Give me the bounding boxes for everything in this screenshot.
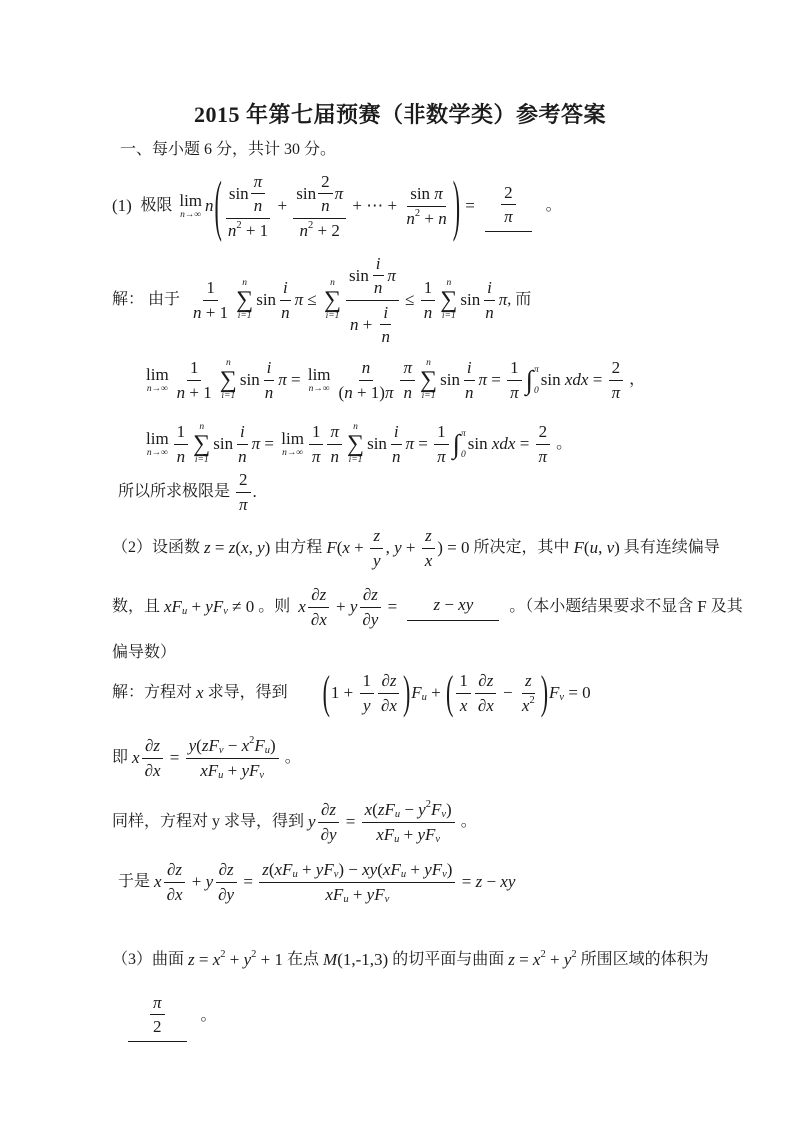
- superscript: 2: [308, 219, 313, 232]
- numerator: π: [400, 357, 415, 380]
- text: 由方程: [270, 538, 326, 557]
- math-variable: x: [460, 695, 468, 716]
- denominator: ∂x: [164, 883, 186, 905]
- summation: n∑i=1: [347, 422, 364, 466]
- math-text: sin: [240, 370, 260, 390]
- math-text: sin: [367, 434, 387, 454]
- math-fraction: 2n: [318, 171, 333, 217]
- lim-text: lim: [146, 430, 169, 448]
- math-variable: π: [252, 434, 261, 454]
- q1-limit-equation-2: limn→∞1nn∑i=1sininπ = limn→∞1ππnn∑i=1sin…: [143, 413, 572, 475]
- summation: n∑i=1: [324, 278, 341, 322]
- denominator: n: [371, 276, 386, 298]
- text: 。: [538, 196, 562, 215]
- math-variable: y: [418, 799, 426, 820]
- math-fraction: 1x: [456, 670, 471, 716]
- denominator: ∂x: [475, 694, 497, 716]
- math-text: +: [358, 314, 376, 335]
- math-variable: F: [411, 683, 421, 703]
- numerator: ∂z: [378, 670, 399, 693]
- math-variable: yF: [241, 760, 259, 781]
- math-variable: yF: [417, 824, 435, 845]
- math-variable: n: [382, 326, 391, 347]
- math-variable: π: [504, 206, 513, 227]
- text: 。则: [254, 597, 298, 616]
- math-variable: i: [240, 421, 245, 442]
- math-variable: x: [132, 748, 140, 768]
- summation: n∑i=1: [193, 422, 210, 466]
- math-variable: π: [153, 992, 162, 1013]
- math-variable: xdx: [565, 370, 589, 390]
- paren-left: (: [446, 670, 453, 716]
- math-variable: ∂x: [167, 884, 183, 905]
- limit-operator: limn→∞: [179, 192, 202, 220]
- denominator: n: [482, 301, 497, 323]
- denominator: n: [379, 325, 394, 347]
- math-text: sin: [296, 183, 316, 204]
- subscript: u: [265, 744, 270, 757]
- math-variable: ∂z: [167, 859, 182, 880]
- math-variable: ∂x: [381, 695, 397, 716]
- math-variable: n: [424, 302, 433, 323]
- subscript: u: [395, 808, 400, 821]
- sigma-symbol: ∑: [220, 369, 237, 392]
- math-text: + 1: [242, 220, 269, 241]
- math-variable: x: [533, 950, 541, 970]
- math-variable: x: [425, 550, 433, 571]
- math-fraction: in: [278, 277, 293, 323]
- math-fraction: 1π: [507, 357, 522, 403]
- denominator: n + 1: [174, 381, 215, 403]
- math-text: −: [499, 683, 517, 703]
- sum-lower-limit: i=1: [349, 455, 363, 465]
- math-text: sin: [460, 290, 480, 310]
- denominator: ∂x: [308, 608, 330, 630]
- math-variable: y: [257, 538, 265, 558]
- math-text: 1: [459, 670, 468, 691]
- math-variable: xF: [325, 884, 343, 905]
- sigma-symbol: ∑: [324, 289, 341, 312]
- math-text: +: [546, 950, 564, 970]
- denominator: x: [457, 694, 471, 716]
- numerator: ∂z: [164, 859, 185, 882]
- math-variable: ∂x: [311, 609, 327, 630]
- numerator: 1: [309, 421, 324, 444]
- math-variable: x: [298, 597, 306, 617]
- math-text: +: [350, 538, 368, 558]
- numerator: z: [422, 525, 435, 548]
- math-fraction: 1n: [421, 277, 436, 323]
- denominator: n2 + 1: [225, 219, 271, 241]
- math-text: ,: [598, 538, 607, 558]
- answer-blank: 2π: [485, 180, 532, 233]
- integral-limits: π0: [461, 428, 466, 461]
- numerator: 1: [507, 357, 522, 380]
- math-variable: n: [177, 382, 186, 403]
- sigma-symbol: ∑: [440, 289, 457, 312]
- subscript: v: [259, 769, 264, 782]
- math-variable: n: [254, 195, 263, 216]
- math-text: + 1): [353, 382, 385, 403]
- text: ，: [625, 370, 645, 389]
- math-text: ,: [386, 538, 395, 558]
- math-text: =: [383, 597, 401, 617]
- math-text: + 1: [202, 302, 229, 323]
- text: 具有连续偏导: [620, 538, 720, 557]
- text: 求导，得到: [204, 683, 288, 702]
- superscript: 2: [415, 207, 420, 220]
- math-fraction: sinπnn2 + 1: [225, 171, 271, 241]
- numerator: sin π: [407, 183, 446, 206]
- math-fraction: πn: [251, 171, 266, 217]
- math-text: 1: [437, 421, 446, 442]
- math-text: F: [697, 597, 706, 617]
- math-variable: z: [229, 538, 236, 558]
- math-variable: z: [262, 859, 269, 880]
- math-fraction: 1n + 1: [174, 357, 215, 403]
- lim-subscript: n→∞: [147, 384, 168, 394]
- denominator: ∂x: [378, 694, 400, 716]
- math-variable: n: [438, 208, 447, 229]
- math-variable: F: [326, 538, 336, 558]
- math-fraction: z(xFu + yFv) − xy(xFu + yFv)xFu + yFv: [259, 859, 455, 905]
- math-variable: F: [254, 735, 264, 756]
- math-variable: i: [394, 421, 399, 442]
- math-text: ≠ 0: [228, 597, 254, 617]
- sum-lower-limit: i=1: [221, 391, 235, 401]
- math-variable: u: [590, 538, 599, 558]
- summation: n∑i=1: [420, 358, 437, 402]
- lim-text: lim: [179, 192, 202, 210]
- math-variable: x: [154, 872, 162, 892]
- math-variable: n: [205, 196, 214, 216]
- math-variable: ∂z: [381, 670, 396, 691]
- sigma-symbol: ∑: [236, 289, 253, 312]
- math-text: +: [298, 859, 316, 880]
- math-fraction: 2π: [501, 182, 516, 228]
- math-text: sin: [349, 265, 369, 286]
- math-text: 1 +: [331, 683, 358, 703]
- math-variable: yF: [316, 859, 334, 880]
- limit-operator: limn→∞: [146, 366, 169, 394]
- math-text: 1: [424, 277, 433, 298]
- math-variable: z: [188, 950, 195, 970]
- math-variable: zF: [378, 799, 395, 820]
- math-text: 2: [321, 171, 330, 192]
- numerator: 1: [456, 670, 471, 693]
- numerator: ∂z: [360, 584, 381, 607]
- q3-answer: π2 。: [122, 986, 217, 1046]
- math-text: −: [224, 735, 242, 756]
- numerator: 1: [174, 421, 189, 444]
- denominator: n: [278, 301, 293, 323]
- math-text: ): [446, 799, 452, 820]
- spacer: [167, 1014, 183, 1015]
- text: 同样，方程对 y 求导，得到: [112, 812, 308, 831]
- math-fraction: 1y: [360, 670, 375, 716]
- numerator: z: [522, 670, 535, 693]
- document-page: 2015 年第七届预赛（非数学类）参考答案 一、每小题 6 分，共计 30 分。…: [0, 0, 800, 1131]
- math-variable: i: [487, 277, 492, 298]
- math-variable: n: [193, 302, 202, 323]
- math-fraction: ∂z∂y: [318, 799, 340, 845]
- q2-problem-statement-2: 数，且 xFu + yFv ≠ 0 。则 x∂z∂x + y∂z∂y = z −…: [112, 578, 743, 636]
- denominator: y: [360, 694, 374, 716]
- math-variable: π: [387, 265, 396, 286]
- math-variable: xF: [376, 824, 394, 845]
- numerator: 1: [434, 421, 449, 444]
- math-variable: ∂z: [311, 584, 326, 605]
- subscript: v: [334, 868, 339, 881]
- math-text: +: [188, 872, 206, 892]
- numerator: i: [380, 302, 391, 325]
- numerator: n: [359, 357, 374, 380]
- lim-subscript: n→∞: [147, 448, 168, 458]
- math-variable: π: [295, 290, 304, 310]
- math-variable: x: [196, 683, 204, 703]
- subscript: u: [343, 893, 348, 906]
- math-text: + 1: [185, 382, 212, 403]
- text: 。: [193, 1006, 217, 1025]
- text: 及其: [707, 597, 743, 616]
- integral-limits: π0: [534, 364, 539, 397]
- math-variable: n: [330, 446, 339, 467]
- math-variable: zF: [202, 735, 219, 756]
- math-variable: π: [510, 382, 519, 403]
- q2-solution-step-1: 即 x∂z∂x = y(zFv − x2Fu)xFu + yFv 。: [112, 726, 301, 790]
- math-variable: i: [383, 302, 388, 323]
- math-variable: F: [431, 799, 441, 820]
- spacer: [288, 693, 322, 694]
- text: 于是: [118, 872, 154, 891]
- numerator: y(zFv − x2Fu): [186, 735, 279, 758]
- numerator: 2: [501, 182, 516, 205]
- text: 所围区域的体积为: [577, 950, 709, 969]
- math-variable: yF: [424, 859, 442, 880]
- math-variable: ∂x: [478, 695, 494, 716]
- math-variable: n: [177, 446, 186, 467]
- numerator: i: [464, 357, 475, 380]
- paren-left: (: [323, 670, 330, 716]
- math-variable: x: [213, 950, 221, 970]
- math-fraction: ∂z∂y: [359, 584, 381, 630]
- numerator: i: [484, 277, 495, 300]
- math-text: + 2: [313, 220, 340, 241]
- q1-conclusion: 所以所求极限是 2π.: [118, 469, 257, 515]
- math-text: sin: [410, 183, 434, 204]
- math-variable: n: [374, 277, 383, 298]
- numerator: x(zFu − y2Fv): [362, 799, 455, 822]
- math-variable: π: [437, 446, 446, 467]
- text: 极限: [140, 196, 176, 215]
- math-variable: z: [204, 538, 211, 558]
- math-variable: z: [373, 525, 380, 546]
- math-variable: y: [189, 735, 197, 756]
- math-fraction: ∂z∂y: [215, 859, 237, 905]
- subscript: u: [218, 769, 223, 782]
- subscript: v: [441, 808, 446, 821]
- subscript: v: [559, 692, 564, 705]
- subscript: v: [435, 833, 440, 846]
- math-variable: n: [392, 446, 401, 467]
- math-text: 1: [190, 357, 199, 378]
- math-variable: π: [335, 183, 344, 204]
- denominator: ∂y: [215, 883, 237, 905]
- math-text: ): [270, 735, 276, 756]
- math-text: =: [260, 434, 278, 454]
- math-variable: ∂y: [321, 824, 337, 845]
- page-title: 2015 年第七届预赛（非数学类）参考答案: [0, 98, 800, 129]
- math-variable: F: [574, 538, 584, 558]
- denominator: π: [501, 205, 516, 227]
- math-fraction: in: [389, 421, 404, 467]
- numerator: 2: [236, 469, 251, 492]
- numerator: i: [264, 357, 275, 380]
- math-fraction: 2π: [236, 469, 251, 515]
- denominator: n: [318, 194, 333, 216]
- denominator: n: [251, 194, 266, 216]
- math-fraction: zx: [422, 525, 436, 571]
- q1-limit-equation-1: limn→∞1n + 1n∑i=1sininπ = limn→∞n(n + 1)…: [143, 349, 645, 411]
- numerator: i: [280, 277, 291, 300]
- lim-subscript: n→∞: [282, 448, 303, 458]
- math-variable: y: [564, 950, 572, 970]
- math-variable: y: [394, 538, 402, 558]
- sum-lower-limit: i=1: [195, 455, 209, 465]
- math-text: =: [515, 950, 533, 970]
- q2-solution-step-3: 于是 x∂z∂x + y∂z∂y = z(xFu + yFv) − xy(xFu…: [118, 848, 515, 916]
- math-fraction: zy: [370, 525, 384, 571]
- integral-symbol: ∫: [453, 431, 460, 458]
- denominator: π: [309, 445, 324, 467]
- superscript: 2: [251, 949, 256, 962]
- paren-left: (: [215, 172, 222, 240]
- denominator: n: [262, 381, 277, 403]
- math-variable: y: [308, 812, 316, 832]
- math-variable: z: [433, 595, 440, 615]
- math-text: =: [211, 538, 229, 558]
- math-variable: xF: [275, 859, 293, 880]
- math-text: +: [402, 538, 420, 558]
- answer-blank: π2: [128, 990, 187, 1043]
- math-text: +: [427, 683, 445, 703]
- spacer: [518, 204, 528, 205]
- sum-lower-limit: i=1: [442, 311, 456, 321]
- math-text: 2: [504, 182, 513, 203]
- math-text: sin: [213, 434, 233, 454]
- math-variable: π: [434, 183, 443, 204]
- math-variable: xdx: [492, 434, 516, 454]
- math-fraction: in: [371, 253, 386, 299]
- text: 所以所求极限是: [118, 482, 234, 501]
- text: 偏导数）: [112, 643, 176, 662]
- denominator: n: [389, 445, 404, 467]
- math-variable: y: [350, 597, 358, 617]
- text: 。: [457, 812, 477, 831]
- limit-operator: limn→∞: [281, 430, 304, 458]
- math-variable: n: [238, 446, 247, 467]
- denominator: n: [235, 445, 250, 467]
- math-variable: z: [476, 872, 483, 892]
- numerator: 1: [203, 277, 218, 300]
- math-text: +: [332, 597, 350, 617]
- superscript: 2: [571, 949, 576, 962]
- math-fraction: 2π: [536, 421, 551, 467]
- math-variable: π: [403, 357, 412, 378]
- denominator: π: [536, 445, 551, 467]
- math-text: 2: [539, 421, 548, 442]
- q1-solution-inequality: 解： 由于 1n + 1n∑i=1sininπ ≤ n∑i=1sininπn +…: [112, 252, 531, 348]
- denominator: xFu + yFv: [197, 759, 267, 781]
- denominator: xFu + yFv: [373, 823, 443, 845]
- spacer: [132, 1014, 148, 1015]
- math-variable: y: [373, 550, 381, 571]
- math-variable: x: [522, 695, 530, 716]
- math-variable: z: [508, 950, 515, 970]
- denominator: ∂y: [359, 608, 381, 630]
- math-fraction: ∂z∂x: [378, 670, 400, 716]
- math-text: 1: [206, 277, 215, 298]
- math-text: +: [226, 950, 244, 970]
- math-text: (1): [112, 196, 140, 216]
- math-fraction: sin2nπn2 + 2: [293, 171, 346, 241]
- denominator: ∂x: [142, 759, 164, 781]
- lim-text: lim: [146, 366, 169, 384]
- denominator: n + 1: [190, 301, 231, 323]
- numerator: ∂z: [318, 799, 339, 822]
- math-fraction: in: [262, 357, 277, 403]
- text: 解：方程对: [112, 683, 196, 702]
- math-variable: π: [239, 494, 248, 515]
- denominator: (n + 1)π: [336, 381, 397, 403]
- math-text: =: [461, 196, 479, 216]
- math-variable: n: [350, 314, 359, 335]
- math-fraction: n(n + 1)π: [336, 357, 397, 403]
- math-fraction: in: [379, 302, 394, 348]
- math-variable: π: [405, 434, 414, 454]
- math-fraction: 1n: [174, 421, 189, 467]
- math-fraction: π2: [150, 992, 165, 1038]
- math-variable: n: [300, 220, 309, 241]
- math-text: −: [482, 872, 500, 892]
- numerator: ∂z: [308, 584, 329, 607]
- text: 。（本小题结果要求不显含: [505, 597, 697, 616]
- summation: n∑i=1: [440, 278, 457, 322]
- numerator: ∂z: [475, 670, 496, 693]
- text: 即: [112, 748, 132, 767]
- math-text: = 0: [564, 683, 591, 703]
- math-fraction: πn: [400, 357, 415, 403]
- superscript: 2: [540, 949, 545, 962]
- sum-lower-limit: i=1: [422, 391, 436, 401]
- math-variable: n: [321, 195, 330, 216]
- math-text: =: [457, 872, 475, 892]
- denominator: x2: [519, 694, 538, 716]
- numerator: z: [370, 525, 383, 548]
- q2-solution-step-2: 同样，方程对 y 求导，得到 y∂z∂y = x(zFu − y2Fv)xFu …: [112, 792, 477, 852]
- math-variable: π: [312, 446, 321, 467]
- spacer: [489, 204, 499, 205]
- subscript: v: [442, 868, 447, 881]
- text: 。: [281, 748, 301, 767]
- math-text: (1,-1,3): [337, 950, 388, 970]
- denominator: y: [370, 549, 384, 571]
- numerator: z(xFu + yFv) − xy(xFu + yFv): [259, 859, 455, 882]
- denominator: 2: [150, 1015, 165, 1037]
- paren-right: ): [403, 670, 410, 716]
- sum-lower-limit: i=1: [326, 311, 340, 321]
- math-fraction: ∂z∂x: [142, 735, 164, 781]
